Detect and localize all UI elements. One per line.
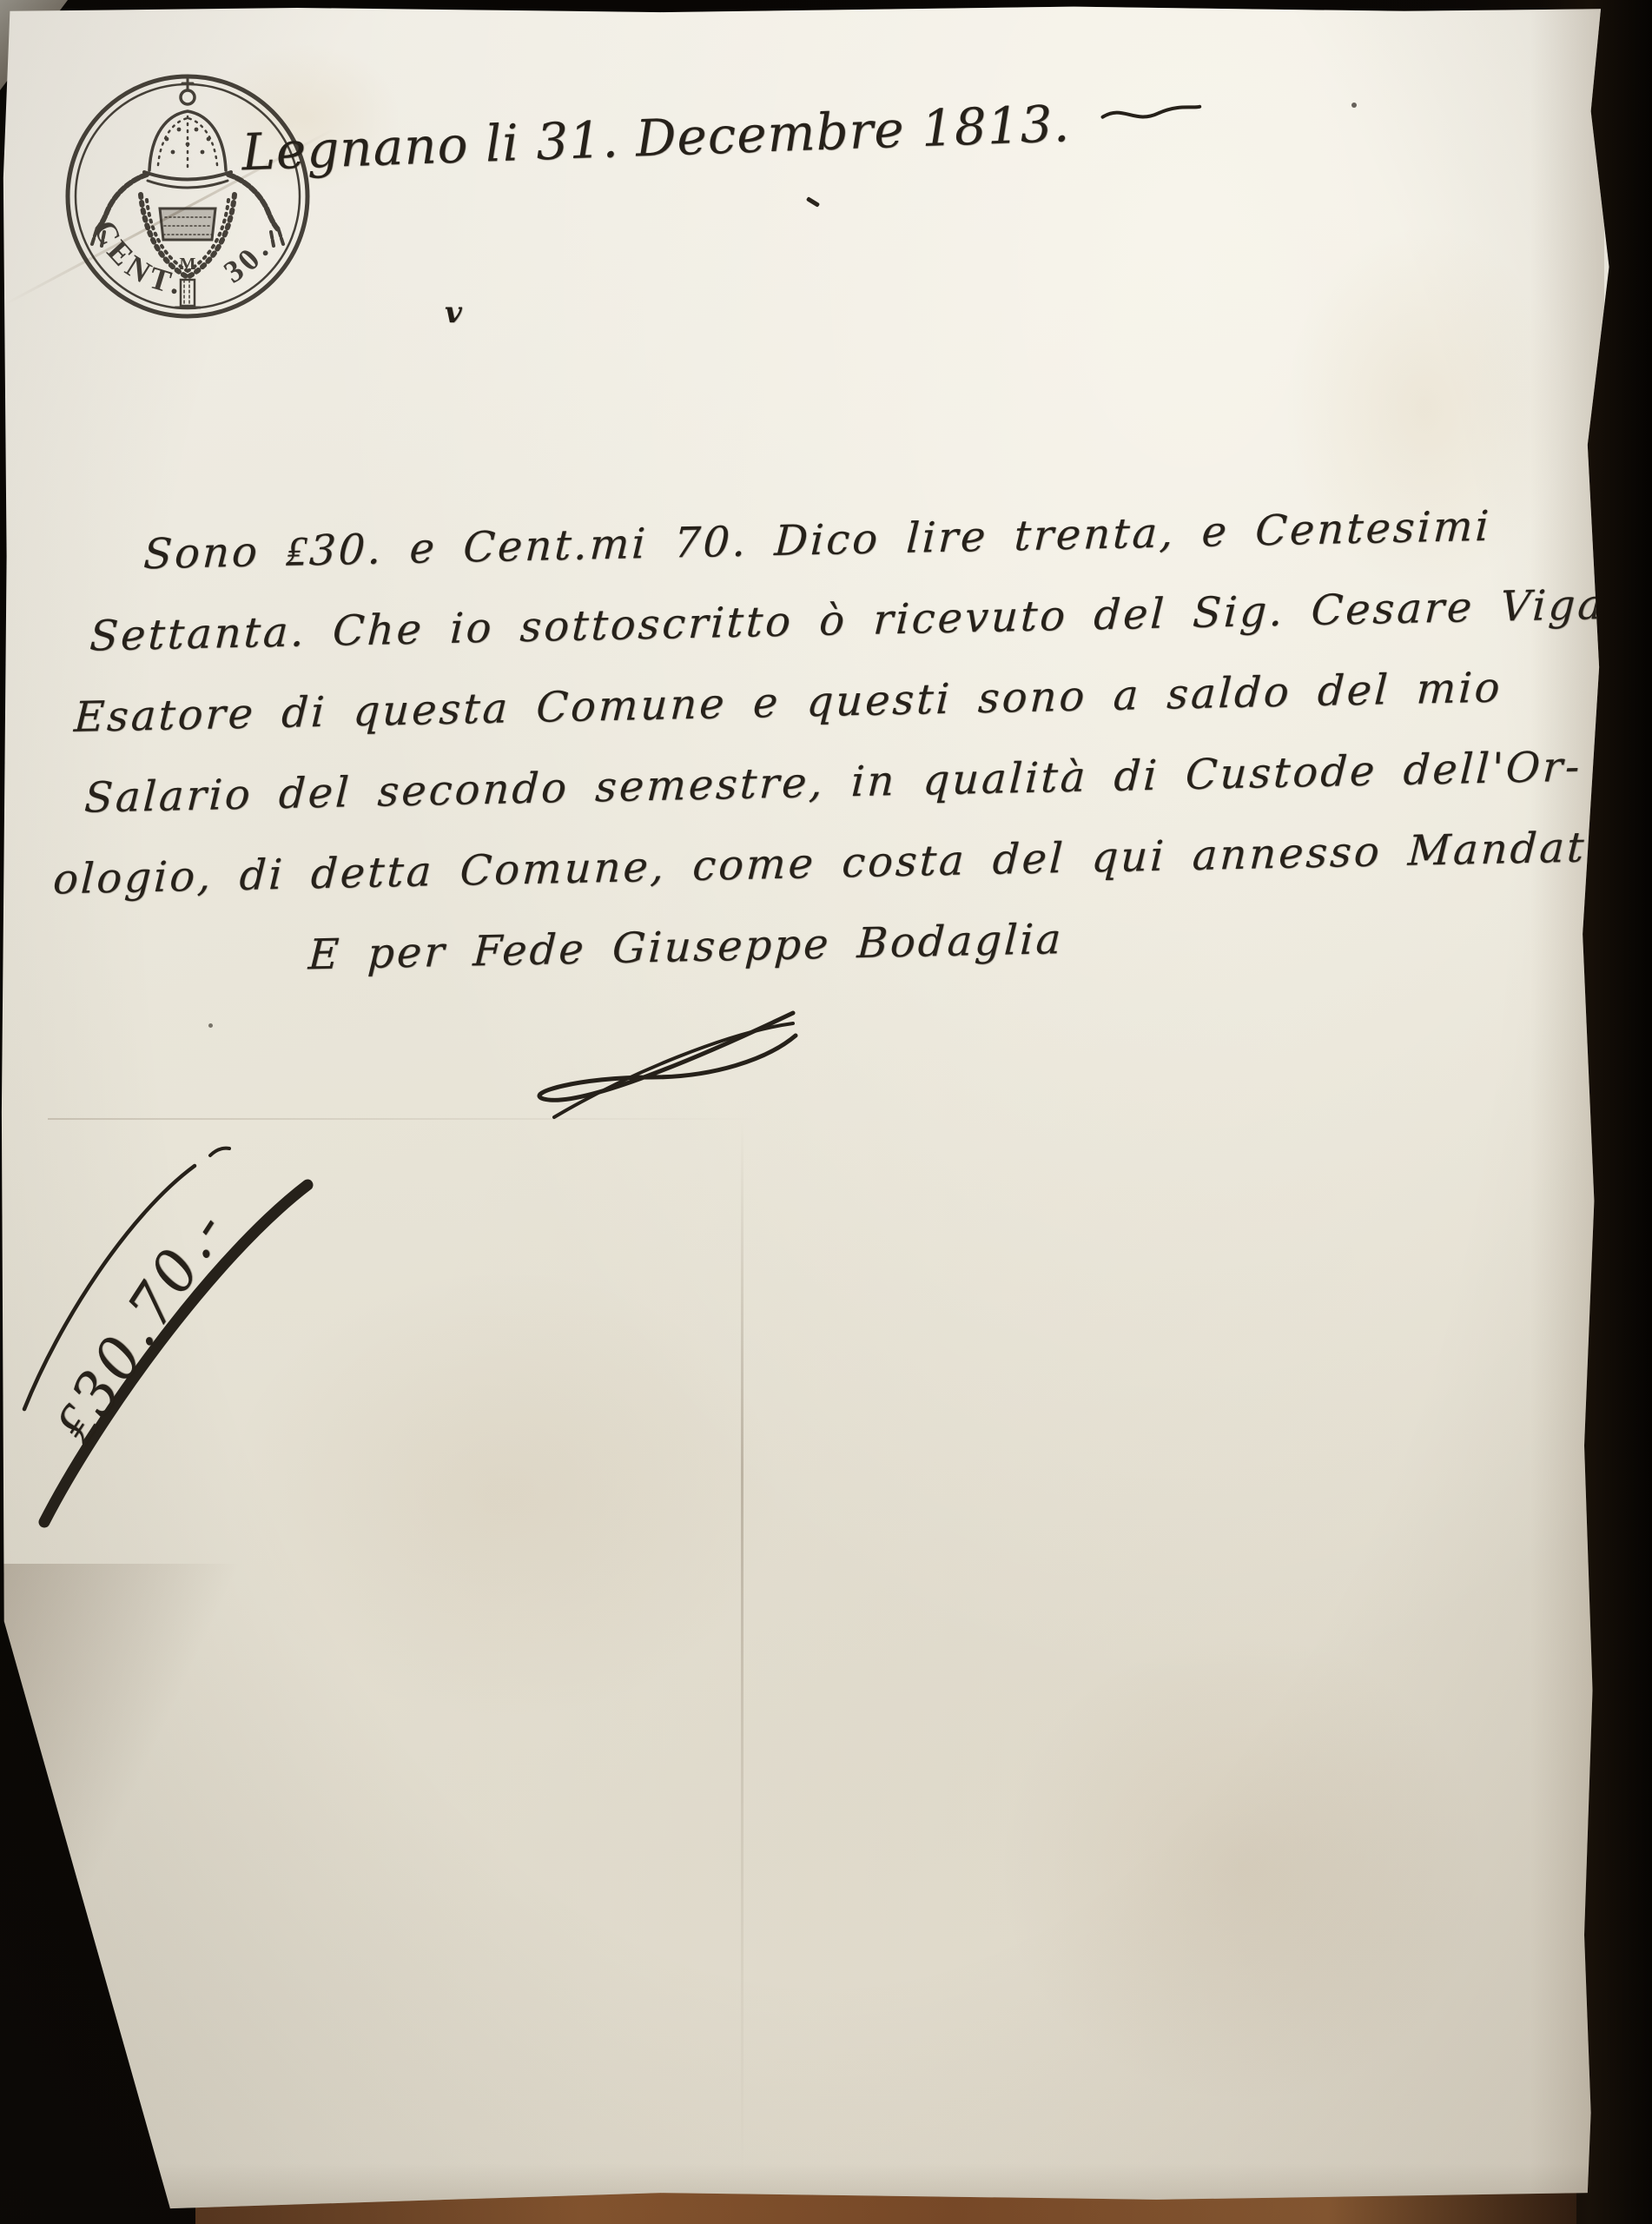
signature-flourish-icon [519, 997, 806, 1131]
ink-speck [1351, 103, 1357, 108]
photo-background: CENT. 30. M Legnano li 31. Decembre 1813… [0, 0, 1652, 2224]
ink-speck [208, 1023, 213, 1028]
stamp-value-label: 30. [218, 231, 279, 290]
document-paper: CENT. 30. M Legnano li 31. Decembre 1813… [0, 0, 1652, 2224]
pen-flourish-icon [1098, 95, 1203, 128]
ink-v-mark: v [445, 295, 462, 330]
receipt-body: Sono ₤30. e Cent.mi 70. Dico lire trenta… [45, 483, 1652, 1002]
revenue-stamp: CENT. 30. M [57, 64, 318, 328]
crown-icon [144, 78, 231, 188]
cartouche-icon [160, 208, 215, 240]
paper-crease [741, 1121, 743, 2181]
ink-speck [806, 196, 820, 208]
stamp-monogram: M [180, 255, 196, 274]
paper-stain [999, 1633, 1485, 2102]
